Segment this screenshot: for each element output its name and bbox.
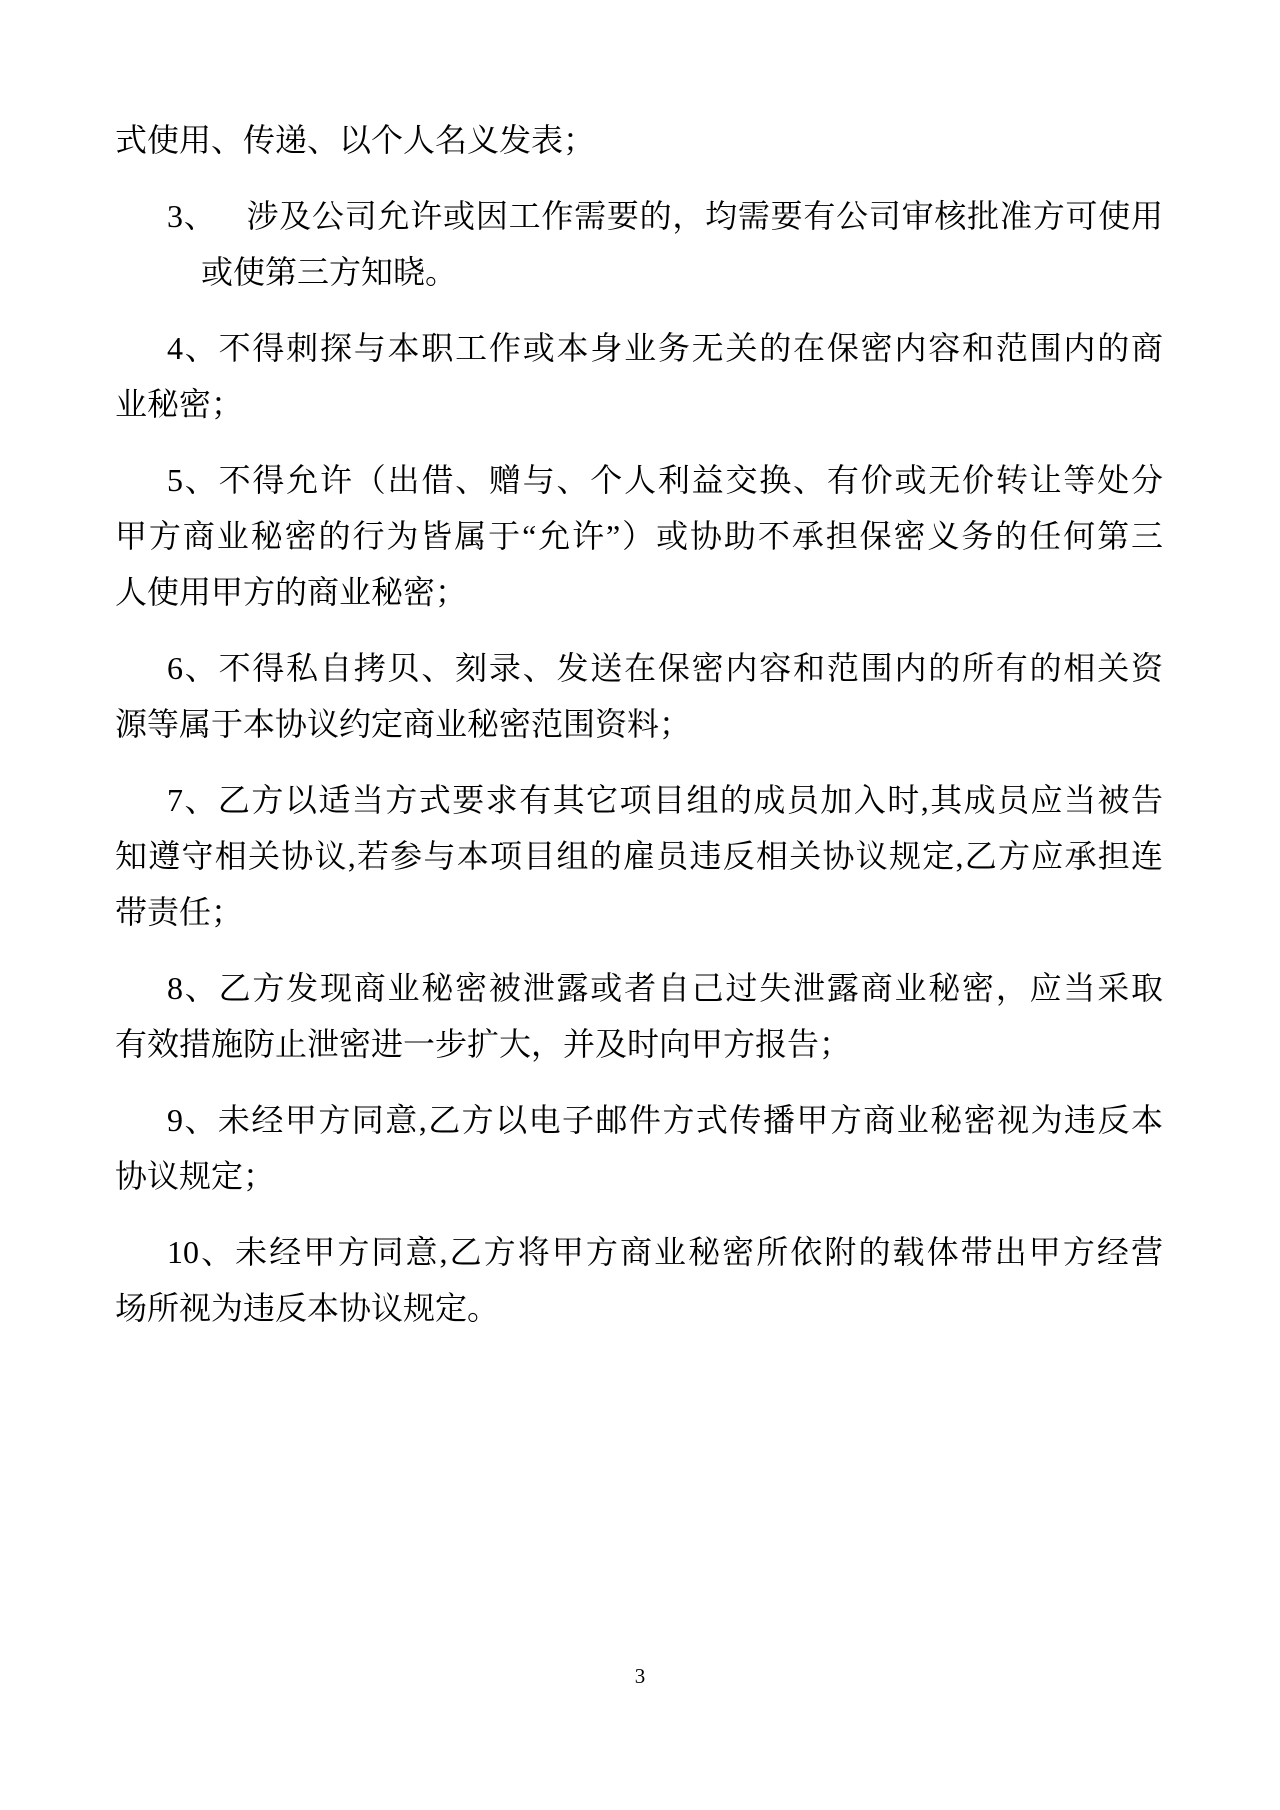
clause-text: 涉及公司允许或因工作需要的，均需要有公司审核批准方可使用 bbox=[247, 198, 1163, 234]
text-line: 4、不得刺探与本职工作或本身业务无关的在保密内容和范围内的商 bbox=[115, 320, 1163, 376]
text-line: 5、不得允许（出借、赠与、个人利益交换、有价或无价转让等处分 bbox=[115, 452, 1163, 508]
clause-8: 8、乙方发现商业秘密被泄露或者自己过失泄露商业秘密，应当采取 有效措施防止泄密进… bbox=[115, 960, 1163, 1072]
text-line: 协议规定； bbox=[115, 1148, 1163, 1204]
text-line: 业秘密； bbox=[115, 376, 1163, 432]
clause-4: 4、不得刺探与本职工作或本身业务无关的在保密内容和范围内的商 业秘密； bbox=[115, 320, 1163, 432]
clause-10: 10、未经甲方同意,乙方将甲方商业秘密所依附的载体带出甲方经营 场所视为违反本协… bbox=[115, 1224, 1163, 1336]
text-line: 源等属于本协议约定商业秘密范围资料； bbox=[115, 696, 1163, 752]
paragraph-continuation: 式使用、传递、以个人名义发表； bbox=[115, 112, 1163, 168]
text-line: 9、未经甲方同意,乙方以电子邮件方式传播甲方商业秘密视为违反本 bbox=[115, 1092, 1163, 1148]
clause-number: 3、 bbox=[167, 198, 217, 234]
text-line: 人使用甲方的商业秘密； bbox=[115, 564, 1163, 620]
text-line: 有效措施防止泄密进一步扩大，并及时向甲方报告； bbox=[115, 1016, 1163, 1072]
document-page: 式使用、传递、以个人名义发表； 3、涉及公司允许或因工作需要的，均需要有公司审核… bbox=[0, 0, 1280, 1810]
text-line: 场所视为违反本协议规定。 bbox=[115, 1280, 1163, 1336]
clause-9: 9、未经甲方同意,乙方以电子邮件方式传播甲方商业秘密视为违反本 协议规定； bbox=[115, 1092, 1163, 1204]
text-line: 知遵守相关协议,若参与本项目组的雇员违反相关协议规定,乙方应承担连 bbox=[115, 828, 1163, 884]
text-line: 3、涉及公司允许或因工作需要的，均需要有公司审核批准方可使用 bbox=[115, 188, 1163, 244]
text-line: 式使用、传递、以个人名义发表； bbox=[115, 112, 1163, 168]
text-line: 8、乙方发现商业秘密被泄露或者自己过失泄露商业秘密，应当采取 bbox=[115, 960, 1163, 1016]
clause-5: 5、不得允许（出借、赠与、个人利益交换、有价或无价转让等处分 甲方商业秘密的行为… bbox=[115, 452, 1163, 620]
text-line: 6、不得私自拷贝、刻录、发送在保密内容和范围内的所有的相关资 bbox=[115, 640, 1163, 696]
page-number: 3 bbox=[0, 1662, 1280, 1690]
clause-6: 6、不得私自拷贝、刻录、发送在保密内容和范围内的所有的相关资 源等属于本协议约定… bbox=[115, 640, 1163, 752]
clause-3: 3、涉及公司允许或因工作需要的，均需要有公司审核批准方可使用 或使第三方知晓。 bbox=[115, 188, 1163, 300]
text-line: 7、乙方以适当方式要求有其它项目组的成员加入时,其成员应当被告 bbox=[115, 772, 1163, 828]
text-line: 甲方商业秘密的行为皆属于“允许”）或协助不承担保密义务的任何第三 bbox=[115, 508, 1163, 564]
text-line: 10、未经甲方同意,乙方将甲方商业秘密所依附的载体带出甲方经营 bbox=[115, 1224, 1163, 1280]
text-line: 或使第三方知晓。 bbox=[115, 244, 1163, 300]
text-line: 带责任； bbox=[115, 884, 1163, 940]
clause-7: 7、乙方以适当方式要求有其它项目组的成员加入时,其成员应当被告 知遵守相关协议,… bbox=[115, 772, 1163, 940]
